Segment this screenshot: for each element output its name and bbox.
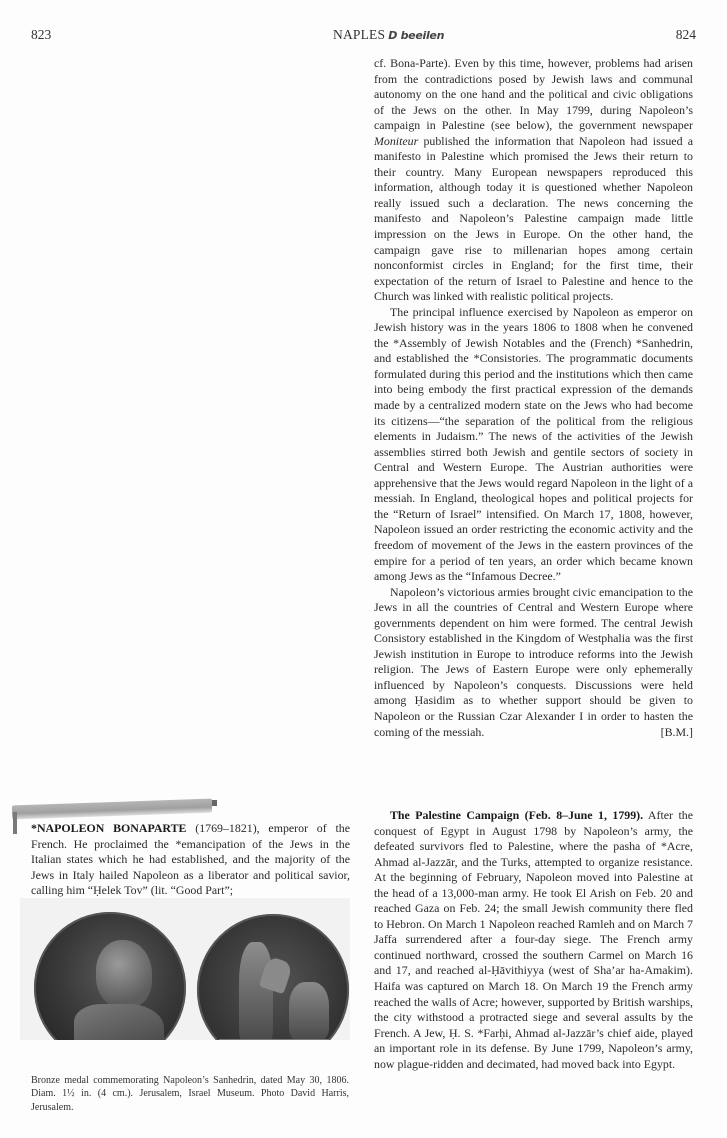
palestine-campaign-section: The Palestine Campaign (Feb. 8–June 1, 1…: [374, 808, 693, 1072]
standing-figure: [239, 942, 273, 1040]
paragraph-text: cf. Bona-Parte). Even by this time, howe…: [374, 56, 693, 132]
medal-figure: [20, 898, 360, 1040]
entry-paragraph: *NAPOLEON BONAPARTE (1769–1821), emperor…: [31, 821, 350, 899]
kneeling-figure: [289, 982, 329, 1040]
running-title: NAPLESD beeilen: [333, 27, 444, 43]
paragraph-palestine: The Palestine Campaign (Feb. 8–June 1, 1…: [374, 808, 693, 1072]
napoleon-bust-head: [96, 940, 152, 1008]
paragraph-text: published the information that Napoleon …: [374, 134, 693, 303]
paragraph-emancipation: Napoleon’s victorious armies brought civ…: [374, 585, 693, 740]
page-header: 823 NAPLESD beeilen 824: [0, 22, 727, 46]
right-column-text: cf. Bona-Parte). Even by this time, howe…: [374, 56, 693, 740]
paragraph-manifesto: cf. Bona-Parte). Even by this time, howe…: [374, 56, 693, 305]
encyclopedia-entry: *NAPOLEON BONAPARTE (1769–1821), emperor…: [31, 821, 350, 899]
paragraph-text: After the conquest of Egypt in August 17…: [374, 808, 693, 1071]
page-number-left: 823: [31, 27, 51, 43]
ink-smear-mark: [13, 812, 17, 834]
page-number-right: 824: [676, 27, 696, 43]
entry-headword: *NAPOLEON BONAPARTE: [31, 821, 186, 835]
author-signature: [B.M.]: [645, 725, 693, 741]
medal-ground-line: [219, 1039, 329, 1040]
paragraph-sanhedrin: The principal influence exercised by Nap…: [374, 305, 693, 585]
medal-obverse-image: [34, 912, 186, 1040]
paragraph-text: Napoleon’s victorious armies brought civ…: [374, 585, 693, 739]
newspaper-title: Moniteur: [374, 134, 418, 148]
figure-caption: Bronze medal commemorating Napoleon’s Sa…: [31, 1074, 349, 1114]
section-heading: The Palestine Campaign (Feb. 8–June 1, 1…: [390, 808, 643, 822]
napoleon-bust-body: [74, 1004, 164, 1040]
ink-smear-mark: [12, 799, 212, 820]
handwritten-annotation: D beeilen: [388, 29, 444, 42]
running-title-text: NAPLES: [333, 27, 385, 42]
ink-smear-mark: [212, 800, 217, 806]
medal-reverse-image: [197, 914, 349, 1040]
